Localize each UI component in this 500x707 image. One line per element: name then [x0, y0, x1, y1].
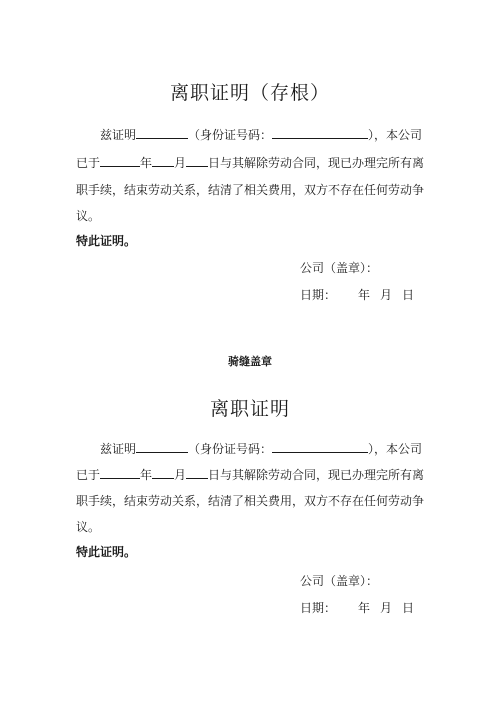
cert-year-blank[interactable] [100, 467, 140, 479]
stub-hereby: 特此证明。 [76, 234, 426, 248]
cert-date-month: 月 [380, 601, 392, 615]
cert-month-blank[interactable] [152, 467, 174, 479]
cert-day-blank[interactable] [186, 467, 208, 479]
seam-stamp-label: 骑缝盖章 [0, 353, 500, 369]
cert-line-2: 已于年月日与其解除劳动合同，现已办理完所有离 [76, 467, 426, 482]
stub-line-3: 职手续，结束劳动关系，结清了相关费用，双方不存在任何劳动争 [76, 183, 426, 197]
stub-year-blank[interactable] [100, 155, 140, 167]
stub-date-label: 日期： [300, 288, 336, 302]
cert-id-blank[interactable] [272, 441, 368, 453]
stub-line-2: 已于年月日与其解除劳动合同，现已办理完所有离 [76, 155, 426, 170]
stub-day-blank[interactable] [186, 155, 208, 167]
cert-line2-prefix: 已于 [76, 468, 100, 482]
stub-id-blank[interactable] [272, 127, 368, 139]
cert-id-label: （身份证号码： [188, 442, 272, 456]
stub-month-label: 月 [174, 156, 186, 170]
stub-date-row: 日期：年月日 [300, 286, 414, 303]
certificate-title: 离职证明 [0, 394, 500, 421]
cert-date-row: 日期：年月日 [300, 599, 414, 616]
stub-month-blank[interactable] [152, 155, 174, 167]
cert-name-blank[interactable] [136, 441, 188, 453]
stub-line2-rest: 日与其解除劳动合同，现已办理完所有离 [208, 156, 424, 170]
stub-date-day: 日 [402, 288, 414, 302]
stub-title: 离职证明（存根） [0, 78, 500, 105]
cert-date-label: 日期： [300, 601, 336, 615]
stub-name-blank[interactable] [136, 127, 188, 139]
stub-date-month: 月 [380, 288, 392, 302]
stub-id-label: （身份证号码： [188, 128, 272, 142]
cert-date-year: 年 [358, 601, 370, 615]
cert-line-3: 职手续，结束劳动关系，结清了相关费用，双方不存在任何劳动争 [76, 494, 426, 508]
cert-year-label: 年 [140, 468, 152, 482]
cert-month-label: 月 [174, 468, 186, 482]
stub-line2-prefix: 已于 [76, 156, 100, 170]
stub-line-1: 兹证明（身份证号码：），本公司 [76, 127, 426, 142]
cert-line1-prefix: 兹证明 [100, 442, 136, 456]
stub-year-label: 年 [140, 156, 152, 170]
cert-date-day: 日 [402, 601, 414, 615]
cert-company-seal: 公司（盖章）： [300, 572, 378, 589]
cert-hereby: 特此证明。 [76, 545, 426, 559]
cert-line-4: 议。 [76, 520, 426, 534]
stub-line-4: 议。 [76, 209, 426, 223]
cert-line1-suffix: ），本公司 [368, 442, 422, 456]
cert-line2-rest: 日与其解除劳动合同，现已办理完所有离 [208, 468, 424, 482]
stub-company-seal: 公司（盖章）： [300, 259, 378, 276]
cert-line-1: 兹证明（身份证号码：），本公司 [76, 441, 426, 456]
stub-line1-prefix: 兹证明 [100, 128, 136, 142]
stub-line1-suffix: ），本公司 [368, 128, 422, 142]
stub-date-year: 年 [358, 288, 370, 302]
